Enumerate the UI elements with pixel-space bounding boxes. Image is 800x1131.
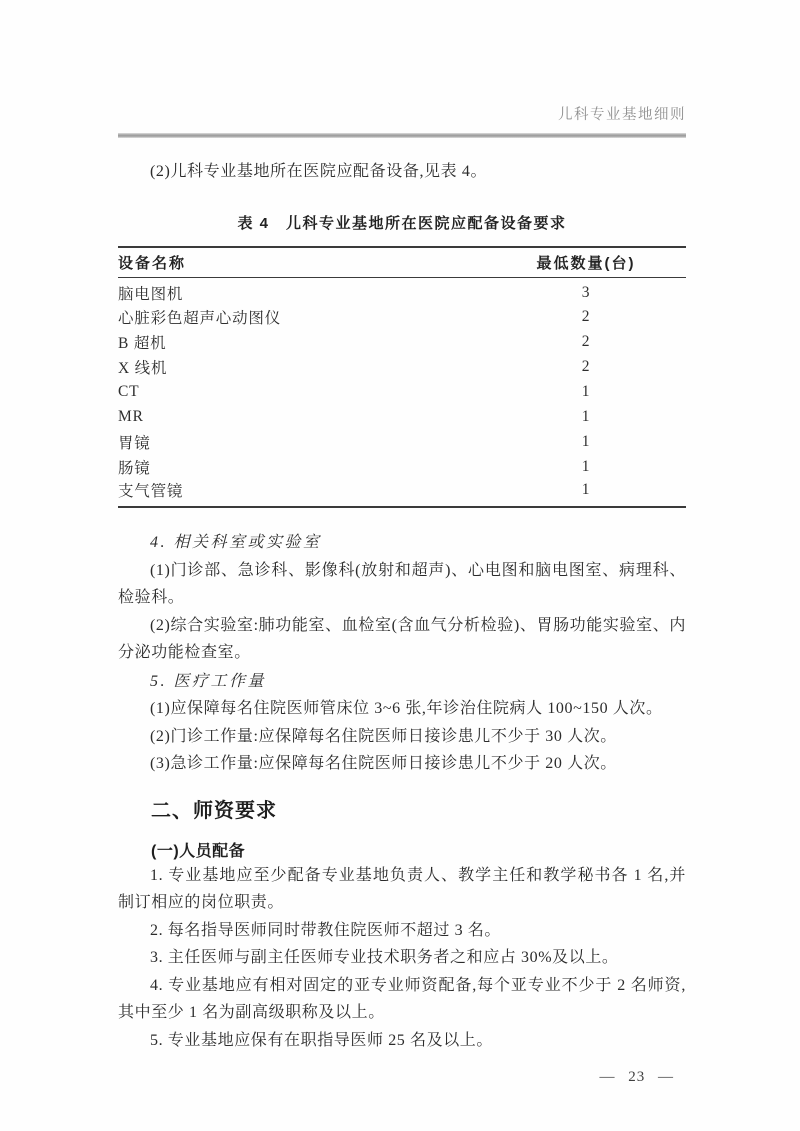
device-qty: 1 bbox=[486, 479, 686, 507]
device-name: 心脏彩色超声心动图仪 bbox=[118, 304, 486, 329]
page-number: — 23 — bbox=[118, 1069, 686, 1086]
table-row: X 线机 2 bbox=[118, 354, 686, 379]
item-5-paragraph-1: (1)应保障每名住院医师管床位 3~6 张,年诊治住院病人 100~150 人次… bbox=[118, 695, 686, 723]
device-name: X 线机 bbox=[118, 354, 486, 379]
section-staffing-items: 1. 专业基地应至少配备专业基地负责人、教学主任和教学秘书各 1 名,并制订相应… bbox=[118, 862, 686, 1055]
table-row: B 超机 2 bbox=[118, 329, 686, 354]
item-4-paragraph-2: (2)综合实验室:肺功能室、血检室(含血气分析检验)、胃肠功能实验室、内分泌功能… bbox=[118, 612, 686, 667]
staffing-item-3: 3. 主任医师与副主任医师专业技术职务者之和应占 30%及以上。 bbox=[118, 944, 686, 972]
table-header-row: 设备名称 最低数量(台) bbox=[118, 247, 686, 278]
device-qty: 1 bbox=[486, 454, 686, 479]
device-name: 肠镜 bbox=[118, 454, 486, 479]
table-row: CT 1 bbox=[118, 379, 686, 404]
device-qty: 3 bbox=[486, 278, 686, 305]
staffing-item-2: 2. 每名指导医师同时带教住院医师不超过 3 名。 bbox=[118, 917, 686, 945]
staffing-item-4: 4. 专业基地应有相对固定的亚专业师资配备,每个亚专业不少于 2 名师资,其中至… bbox=[118, 972, 686, 1027]
equipment-table-header: 设备名称 最低数量(台) bbox=[118, 247, 686, 278]
equipment-table: 设备名称 最低数量(台) 脑电图机 3 心脏彩色超声心动图仪 2 B 超机 2 … bbox=[118, 246, 686, 509]
running-header: 儿科专业基地细则 bbox=[118, 103, 686, 124]
device-qty: 2 bbox=[486, 304, 686, 329]
header-rule bbox=[118, 133, 686, 138]
device-qty: 2 bbox=[486, 354, 686, 379]
item-5-heading: 5. 医疗工作量 bbox=[118, 668, 686, 696]
document-page: 儿科专业基地细则 (2)儿科专业基地所在医院应配备设备,见表 4。 表 4 儿科… bbox=[0, 0, 800, 1131]
device-name: 脑电图机 bbox=[118, 278, 486, 305]
device-name: B 超机 bbox=[118, 329, 486, 354]
device-qty: 1 bbox=[486, 379, 686, 404]
table-row: 肠镜 1 bbox=[118, 454, 686, 479]
table-row: 支气管镜 1 bbox=[118, 479, 686, 507]
device-name: MR bbox=[118, 404, 486, 429]
intro-paragraph: (2)儿科专业基地所在医院应配备设备,见表 4。 bbox=[118, 158, 686, 186]
staffing-item-5: 5. 专业基地应保有在职指导医师 25 名及以上。 bbox=[118, 1027, 686, 1055]
staffing-item-1: 1. 专业基地应至少配备专业基地负责人、教学主任和教学秘书各 1 名,并制订相应… bbox=[118, 862, 686, 917]
column-header-min-quantity: 最低数量(台) bbox=[486, 247, 686, 278]
device-qty: 1 bbox=[486, 404, 686, 429]
item-5-paragraph-2: (2)门诊工作量:应保障每名住院医师日接诊患儿不少于 30 人次。 bbox=[118, 723, 686, 751]
table-row: 脑电图机 3 bbox=[118, 278, 686, 305]
device-name: 胃镜 bbox=[118, 429, 486, 454]
item-4-heading: 4. 相关科室或实验室 bbox=[118, 529, 686, 557]
column-header-device-name: 设备名称 bbox=[118, 247, 486, 278]
device-name: CT bbox=[118, 379, 486, 404]
item-5-paragraph-3: (3)急诊工作量:应保障每名住院医师日接诊患儿不少于 20 人次。 bbox=[118, 750, 686, 778]
table-row: MR 1 bbox=[118, 404, 686, 429]
section-facilities: 4. 相关科室或实验室 (1)门诊部、急诊科、影像科(放射和超声)、心电图和脑电… bbox=[118, 529, 686, 778]
section-2-1-subheading: (一)人员配备 bbox=[118, 838, 686, 861]
table-row: 心脏彩色超声心动图仪 2 bbox=[118, 304, 686, 329]
device-name: 支气管镜 bbox=[118, 479, 486, 507]
device-qty: 1 bbox=[486, 429, 686, 454]
item-4-paragraph-1: (1)门诊部、急诊科、影像科(放射和超声)、心电图和脑电图室、病理科、检验科。 bbox=[118, 557, 686, 612]
device-qty: 2 bbox=[486, 329, 686, 354]
equipment-table-body: 脑电图机 3 心脏彩色超声心动图仪 2 B 超机 2 X 线机 2 CT 1 M… bbox=[118, 278, 686, 508]
section-2-heading: 二、师资要求 bbox=[118, 794, 686, 823]
table-row: 胃镜 1 bbox=[118, 429, 686, 454]
table-4-title: 表 4 儿科专业基地所在医院应配备设备要求 bbox=[118, 212, 686, 233]
